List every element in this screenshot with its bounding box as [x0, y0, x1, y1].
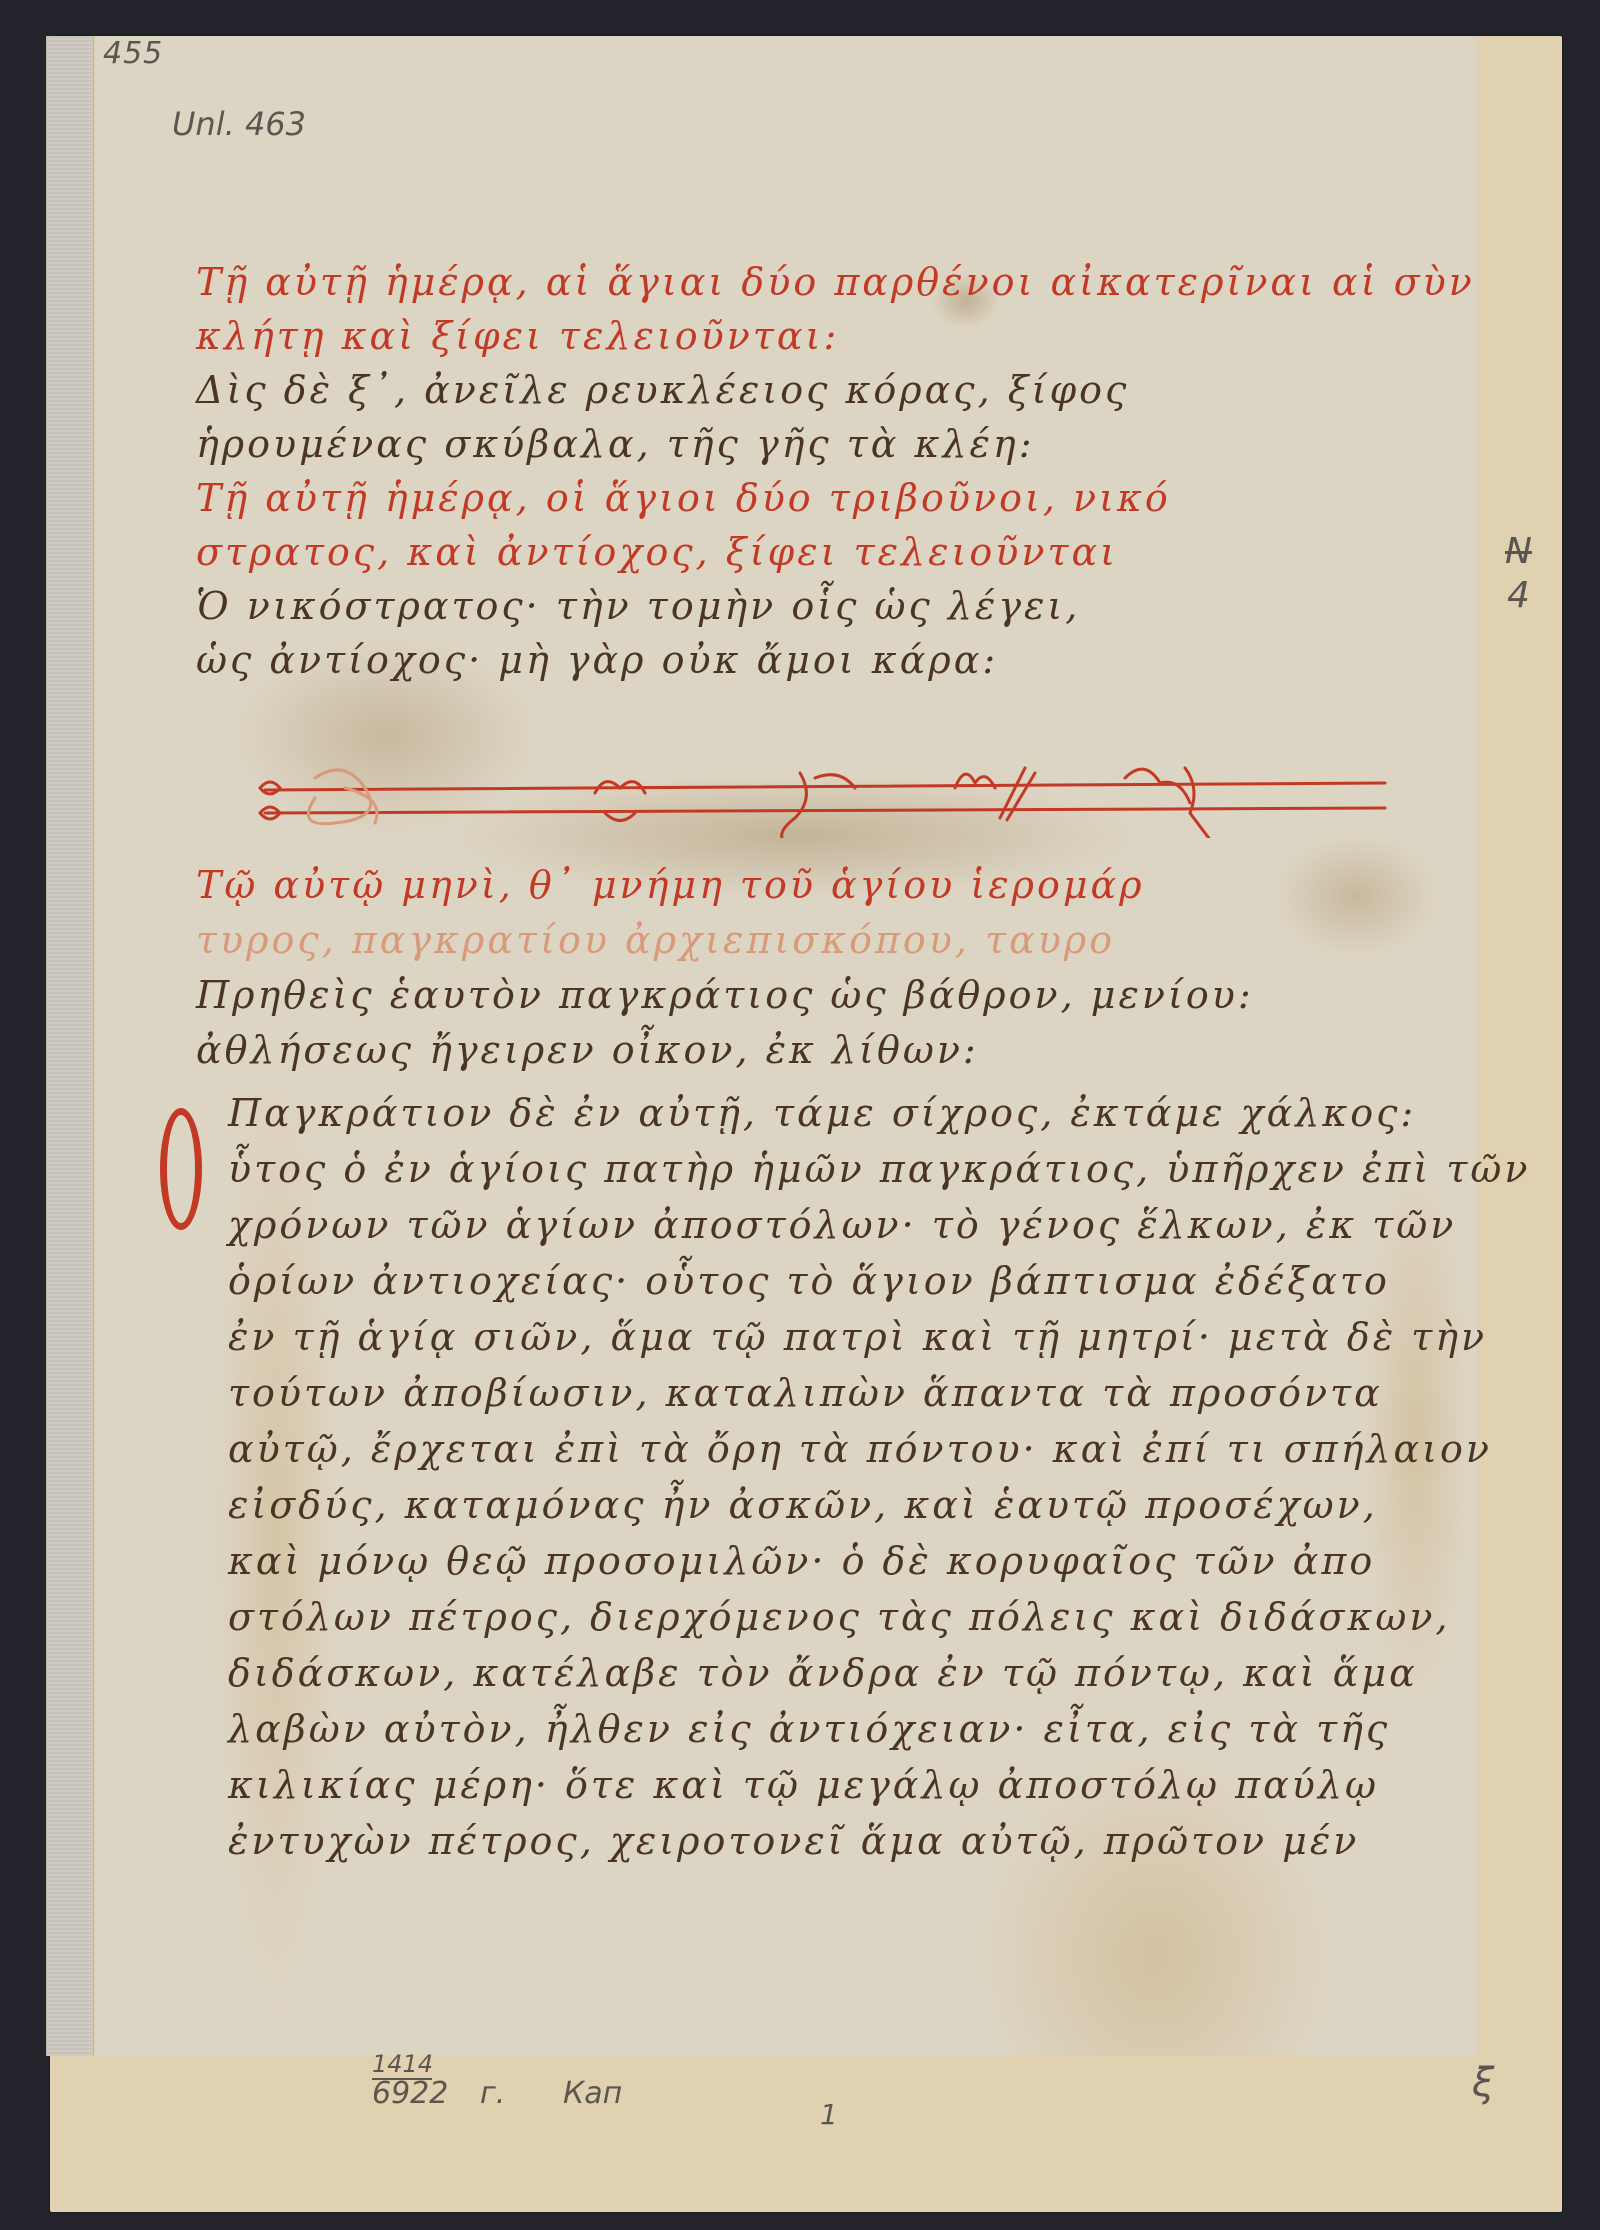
- inventory-label: Кап: [563, 2080, 622, 2108]
- text-section-pankratios-heading: Τῷ αὐτῷ μηνὶ, θ᾽ μνήμη τοῦ ἁγίου ἱερομάρ…: [196, 858, 1396, 1078]
- folio-number: 455: [103, 36, 163, 71]
- inventory-suffix: г.: [480, 2080, 505, 2108]
- bottom-page-number: 1: [820, 2098, 838, 2131]
- text-section-pankratios-life: Παγκράτιον δὲ ἐν αὐτῇ, τάμε σίχρος, ἐκτά…: [228, 1085, 1428, 1869]
- text-line: Παγκράτιον δὲ ἐν αὐτῇ, τάμε σίχρος, ἐκτά…: [228, 1085, 1428, 1141]
- text-line: ἡρουμένας σκύβαλα, τῆς γῆς τὰ κλέη:: [196, 417, 1396, 471]
- text-line: τούτων ἀποβίωσιν, καταλιπὼν ἅπαντα τὰ πρ…: [228, 1365, 1428, 1421]
- text-line: Δὶς δὲ ξ᾽, ἀνεῖλε ρευκλέειος κόρας, ξίφο…: [196, 363, 1396, 417]
- text-line: διδάσκων, κατέλαβε τὸν ἄνδρα ἐν τῷ πόντῳ…: [228, 1645, 1428, 1701]
- text-line: Τῷ αὐτῷ μηνὶ, θ᾽ μνήμη τοῦ ἁγίου ἱερομάρ: [196, 858, 1396, 913]
- text-line: καὶ μόνῳ θεῷ προσομιλῶν· ὁ δὲ κορυφαῖος …: [228, 1533, 1428, 1589]
- ornamental-headpiece: [255, 758, 1415, 838]
- text-line: Πρηθεὶς ἑαυτὸν παγκράτιος ὡς βάθρον, μεν…: [196, 968, 1396, 1023]
- margin-note-n4: N 4: [1505, 530, 1532, 618]
- inventory-denominator: 6922: [372, 2080, 448, 2108]
- text-line: κιλικίας μέρη· ὅτε καὶ τῷ μεγάλῳ ἀποστόλ…: [228, 1757, 1428, 1813]
- margin-note-n: N: [1505, 530, 1532, 574]
- inventory-number: 1414 6922 г. Кап: [372, 2050, 622, 2109]
- quire-mark: ξ: [1472, 2060, 1494, 2106]
- text-line: τυρος, παγκρατίου ἀρχιεπισκόπου, ταυρο: [196, 913, 1396, 968]
- text-line: χρόνων τῶν ἁγίων ἀποστόλων· τὸ γένος ἕλκ…: [228, 1197, 1428, 1253]
- text-line: Τῇ αὐτῇ ἡμέρᾳ, αἱ ἅγιαι δύο παρθένοι αἰκ…: [196, 255, 1396, 309]
- text-line: ἐντυχὼν πέτρος, χειροτονεῖ ἅμα αὐτῷ, πρῶ…: [228, 1813, 1428, 1869]
- shelfmark: Unl. 463: [172, 105, 306, 143]
- margin-note-number: 4: [1507, 575, 1530, 616]
- text-line: ὡς ἀντίοχος· μὴ γὰρ οὐκ ἄμοι κάρα:: [196, 633, 1396, 687]
- text-line: ὗτος ὁ ἐν ἁγίοις πατὴρ ἡμῶν παγκράτιος, …: [228, 1141, 1428, 1197]
- text-line: στόλων πέτρος, διερχόμενος τὰς πόλεις κα…: [228, 1589, 1428, 1645]
- decorated-initial-o: [160, 1108, 202, 1230]
- text-line: ἀθλήσεως ἤγειρεν οἶκον, ἐκ λίθων:: [196, 1023, 1396, 1078]
- text-line: αὐτῷ, ἔρχεται ἐπὶ τὰ ὄρη τὰ πόντου· καὶ …: [228, 1421, 1428, 1477]
- text-line: ὁρίων ἀντιοχείας· οὗτος τὸ ἅγιον βάπτισμ…: [228, 1253, 1428, 1309]
- text-line: Ὁ νικόστρατος· τὴν τομὴν οἷς ὡς λέγει,: [196, 579, 1396, 633]
- text-line: εἰσδύς, καταμόνας ἦν ἀσκῶν, καὶ ἑαυτῷ πρ…: [228, 1477, 1428, 1533]
- text-line: κλήτῃ καὶ ξίφει τελειοῦνται:: [196, 309, 1396, 363]
- binding-guard-strip: [46, 36, 94, 2056]
- text-line: Τῇ αὐτῇ ἡμέρᾳ, οἱ ἅγιοι δύο τριβοῦνοι, ν…: [196, 471, 1396, 525]
- text-line: στρατος, καὶ ἀντίοχος, ξίφει τελειοῦνται: [196, 525, 1396, 579]
- text-line: λαβὼν αὐτὸν, ἦλθεν εἰς ἀντιόχειαν· εἶτα,…: [228, 1701, 1428, 1757]
- text-line: ἐν τῇ ἁγίᾳ σιῶν, ἅμα τῷ πατρὶ καὶ τῇ μητ…: [228, 1309, 1428, 1365]
- text-section-martyrs: Τῇ αὐτῇ ἡμέρᾳ, αἱ ἅγιαι δύο παρθένοι αἰκ…: [196, 255, 1396, 687]
